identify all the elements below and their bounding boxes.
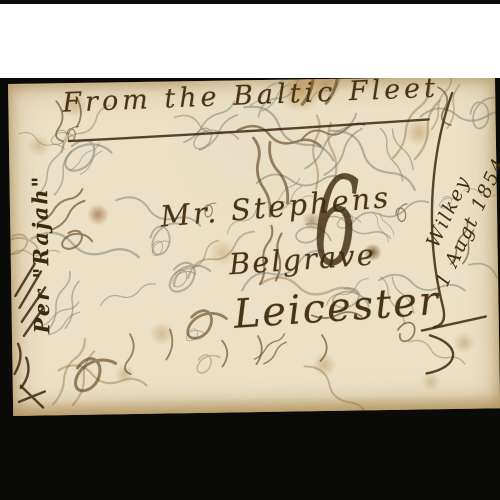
endorsement-underline bbox=[69, 119, 429, 141]
photo-mat: From the Baltic Fleet Wilkey 1 Augt 1854… bbox=[0, 78, 500, 500]
image-edge-strip bbox=[0, 0, 500, 4]
endorsement-from-baltic-fleet: From the Baltic Fleet bbox=[62, 78, 440, 119]
ship-endorsement-per-rajah: Per "Rajah" bbox=[26, 144, 54, 364]
docket-annotation: Wilkey 1 Augt 1854 bbox=[401, 129, 500, 304]
leicester-flourish bbox=[426, 335, 453, 373]
envelope: From the Baltic Fleet Wilkey 1 Augt 1854… bbox=[8, 78, 500, 416]
rate-mark-6: 6 bbox=[311, 155, 361, 289]
